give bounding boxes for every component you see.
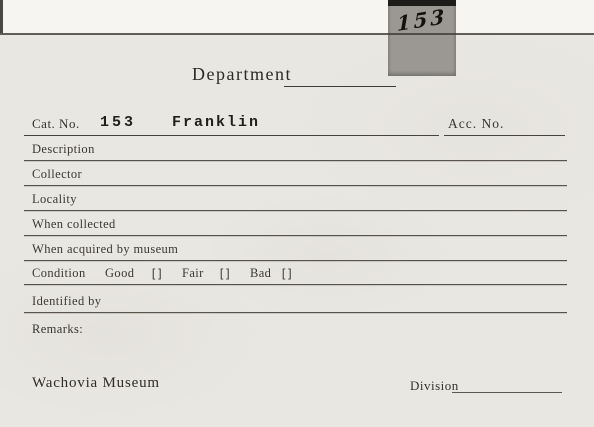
description-label: Description	[32, 142, 95, 157]
field-row-when-acquired: When acquired by museum	[24, 241, 567, 261]
museum-catalog-card-scan: 153 Department Cat. No. 153 Franklin Acc…	[0, 0, 594, 427]
background-card-corner-shadow	[0, 0, 3, 33]
collector-label: Collector	[32, 167, 82, 182]
checkbox-fair-icon: []	[218, 267, 230, 281]
division-blank-line	[452, 392, 562, 393]
object-name-value: Franklin	[172, 114, 260, 131]
checkbox-good-icon: []	[150, 267, 162, 281]
remarks-label: Remarks:	[32, 322, 83, 337]
museum-name: Wachovia Museum	[32, 375, 160, 392]
condition-option-good: Good	[105, 266, 134, 281]
acc-no-label: Acc. No.	[448, 116, 504, 132]
condition-label: Condition	[32, 266, 86, 281]
locality-label: Locality	[32, 192, 77, 207]
condition-option-bad: Bad	[250, 266, 271, 281]
background-card-strip	[0, 0, 594, 33]
condition-option-fair: Fair	[182, 266, 204, 281]
catalog-number-row: Cat. No. 153 Franklin	[24, 110, 439, 136]
when-collected-label: When collected	[32, 217, 116, 232]
field-row-identified-by: Identified by	[24, 293, 567, 313]
department-label: Department	[192, 64, 292, 85]
field-row-description: Description	[24, 141, 567, 161]
cat-no-value: 153	[100, 114, 136, 131]
when-acquired-label: When acquired by museum	[32, 242, 178, 257]
field-row-collector: Collector	[24, 166, 567, 186]
identified-by-label: Identified by	[32, 294, 101, 309]
field-row-locality: Locality	[24, 191, 567, 211]
department-blank-line	[284, 86, 396, 87]
field-row-when-collected: When collected	[24, 216, 567, 236]
tape-tab: 153	[388, 0, 456, 76]
accession-number-row: Acc. No.	[444, 110, 565, 136]
checkbox-bad-icon: []	[280, 267, 292, 281]
cat-no-label: Cat. No.	[32, 116, 80, 132]
card-top-edge-line	[0, 33, 594, 35]
field-row-condition: Condition Good [] Fair [] Bad []	[24, 265, 567, 285]
